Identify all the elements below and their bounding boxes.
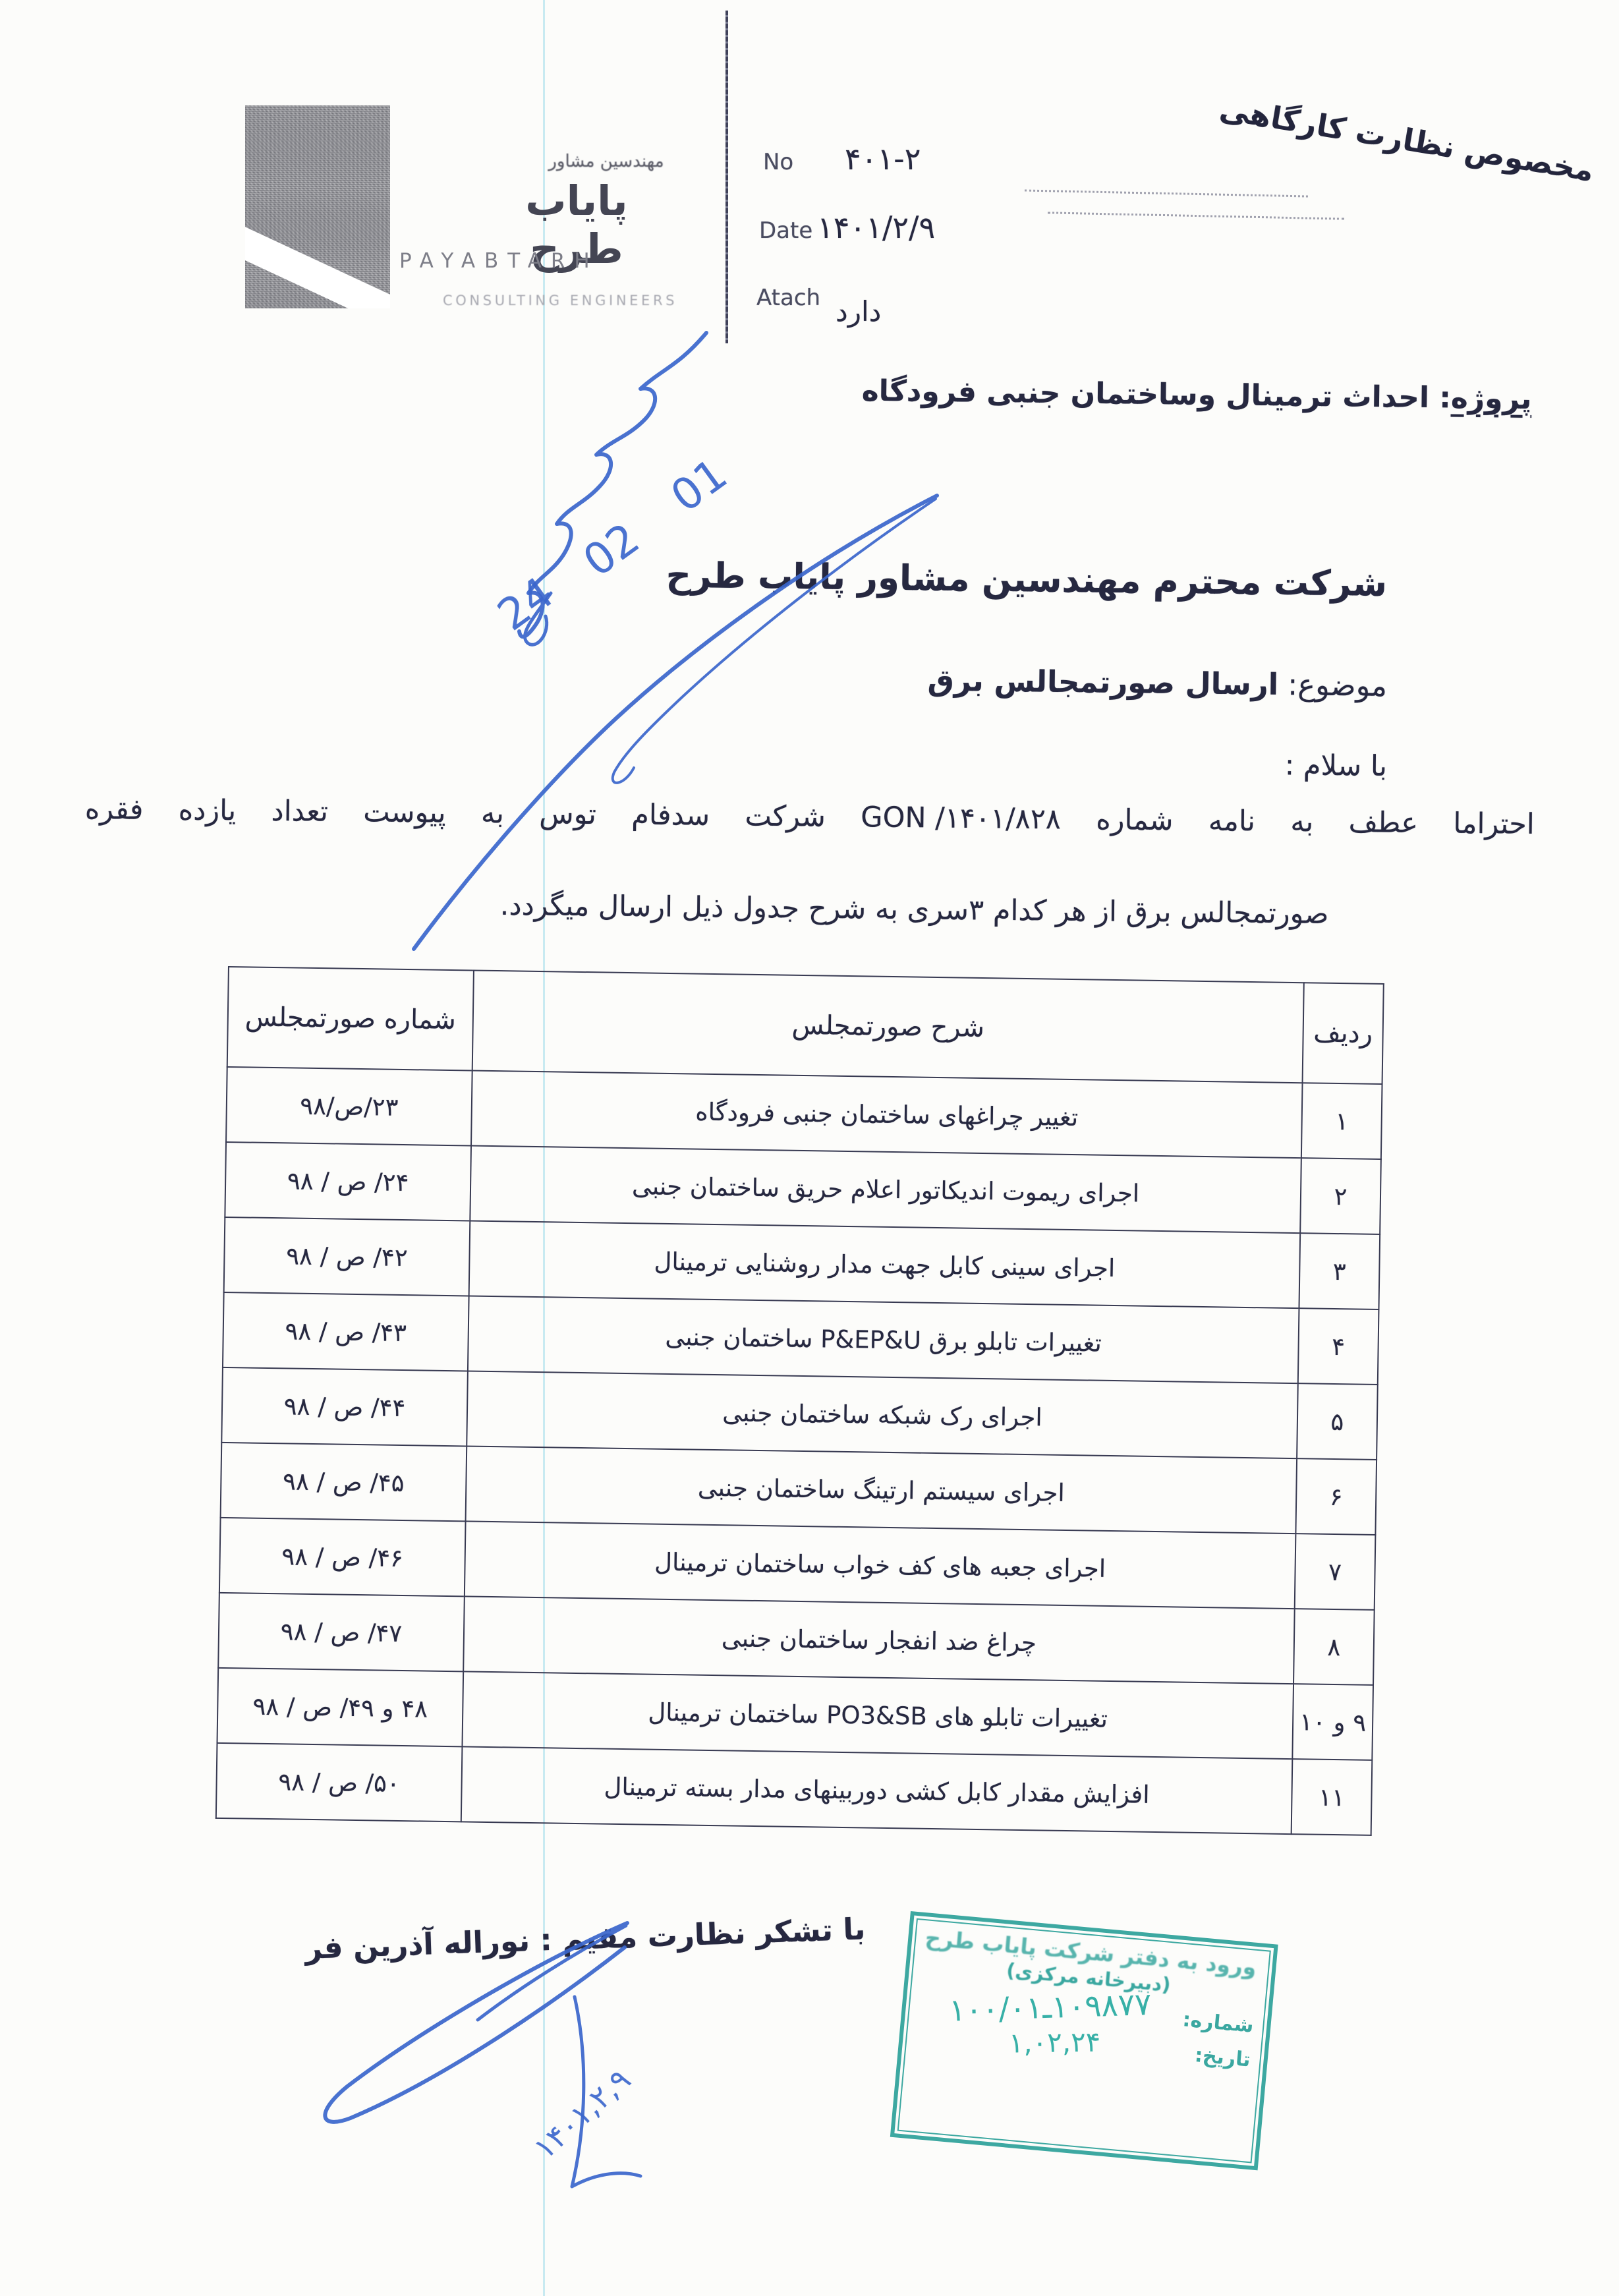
pen-number: 02 — [574, 513, 648, 587]
pen-swoosh — [414, 496, 937, 949]
pen-swoosh-return — [613, 499, 936, 783]
scanned-letter-page: مهندسین مشاور پایاب طرح PAYABTARH CONSUL… — [0, 0, 1619, 2296]
pen-number: 01 — [662, 449, 736, 523]
pen-annotations-layer: 01 02 24 ۱۴۰۱,۲,۹ — [0, 0, 1619, 2296]
pen-number: 24 — [488, 567, 563, 641]
signature-stroke — [478, 1926, 626, 2020]
